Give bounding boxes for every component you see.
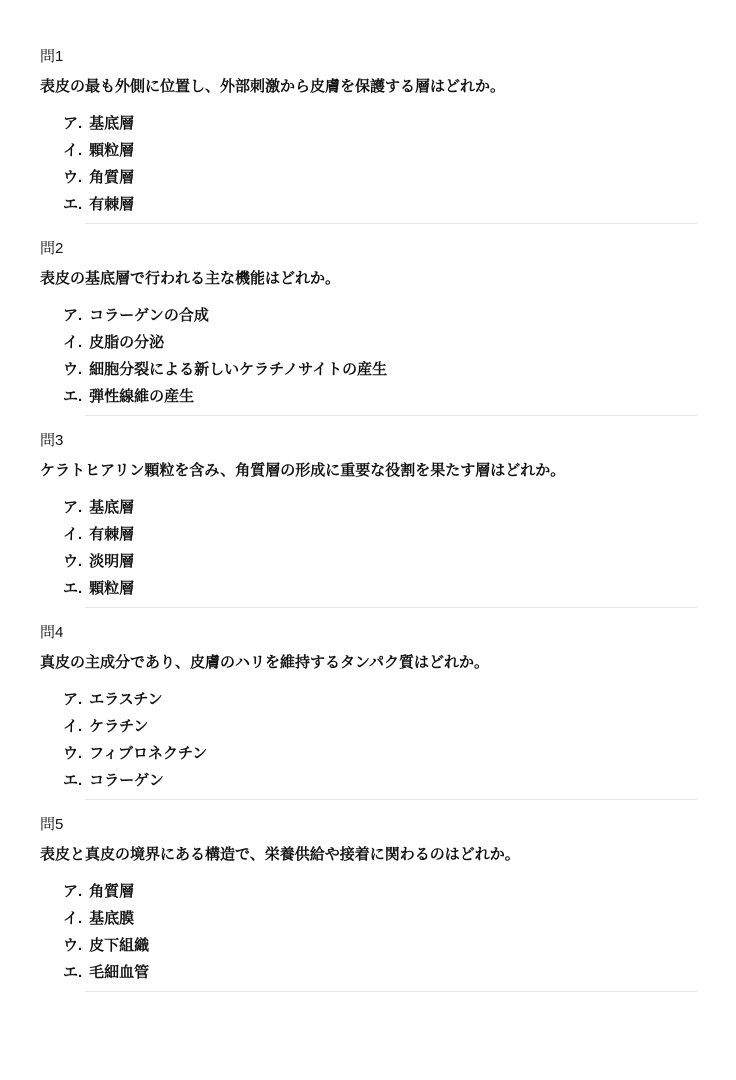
option-text: 顆粒層 bbox=[89, 142, 134, 159]
answer-option: イ. 顆粒層 bbox=[63, 142, 697, 159]
question-text: 表皮の最も外側に位置し、外部刺激から皮膚を保護する層はどれか。 bbox=[40, 78, 697, 95]
answer-option: ウ. 細胞分裂による新しいケラチノサイトの産生 bbox=[63, 361, 697, 378]
answer-option: ア. 基底層 bbox=[63, 499, 697, 516]
option-text: 弾性線維の産生 bbox=[89, 388, 194, 405]
option-key: ウ. bbox=[63, 745, 82, 762]
answer-option: エ. 弾性線維の産生 bbox=[63, 388, 697, 405]
option-key: ア. bbox=[63, 307, 82, 324]
answer-option: ア. 角質層 bbox=[63, 883, 697, 900]
option-key: ウ. bbox=[63, 553, 82, 570]
question-text: 表皮と真皮の境界にある構造で、栄養供給や接着に関わるのはどれか。 bbox=[40, 846, 697, 863]
question-text: 真皮の主成分であり、皮膚のハリを維持するタンパク質はどれか。 bbox=[40, 654, 697, 671]
option-text: コラーゲンの合成 bbox=[89, 307, 209, 324]
option-key: ア. bbox=[63, 499, 82, 516]
option-text: 有棘層 bbox=[89, 526, 134, 543]
question-number: 問3 bbox=[40, 432, 697, 449]
option-key: イ. bbox=[63, 526, 82, 543]
question-number: 問5 bbox=[40, 816, 697, 833]
answer-option: ア. コラーゲンの合成 bbox=[63, 307, 697, 324]
question-text: 表皮の基底層で行われる主な機能はどれか。 bbox=[40, 270, 697, 287]
answer-option: ア. エラスチン bbox=[63, 691, 697, 708]
answer-option: イ. 基底膜 bbox=[63, 910, 697, 927]
question-text: ケラトヒアリン顆粒を含み、角質層の形成に重要な役割を果たす層はどれか。 bbox=[40, 462, 697, 479]
question-divider bbox=[85, 607, 697, 608]
option-key: ウ. bbox=[63, 361, 82, 378]
option-text: 皮脂の分泌 bbox=[89, 334, 164, 351]
answer-option: エ. 顆粒層 bbox=[63, 580, 697, 597]
options-list: ア. 基底層 イ. 有棘層 ウ. 淡明層 エ. 顆粒層 bbox=[40, 499, 697, 597]
option-text: 基底膜 bbox=[89, 910, 134, 927]
option-text: コラーゲン bbox=[89, 772, 164, 789]
quiz-page: 問1 表皮の最も外側に位置し、外部刺激から皮膚を保護する層はどれか。 ア. 基底… bbox=[40, 48, 697, 992]
answer-option: エ. 毛細血管 bbox=[63, 964, 697, 981]
option-text: 有棘層 bbox=[89, 196, 134, 213]
option-text: エラスチン bbox=[89, 691, 163, 708]
option-text: 角質層 bbox=[89, 169, 134, 186]
option-text: 顆粒層 bbox=[89, 580, 134, 597]
option-key: ウ. bbox=[63, 937, 82, 954]
question-divider bbox=[85, 415, 697, 416]
answer-option: ウ. 皮下組織 bbox=[63, 937, 697, 954]
question-divider bbox=[85, 223, 697, 224]
option-text: 基底層 bbox=[89, 115, 134, 132]
option-text: 皮下組織 bbox=[89, 937, 149, 954]
option-text: 細胞分裂による新しいケラチノサイトの産生 bbox=[89, 361, 387, 378]
option-text: ケラチン bbox=[89, 718, 148, 735]
question-block: 問4 真皮の主成分であり、皮膚のハリを維持するタンパク質はどれか。 ア. エラス… bbox=[40, 624, 697, 800]
question-block: 問3 ケラトヒアリン顆粒を含み、角質層の形成に重要な役割を果たす層はどれか。 ア… bbox=[40, 432, 697, 608]
answer-option: エ. コラーゲン bbox=[63, 772, 697, 789]
answer-option: ウ. 淡明層 bbox=[63, 553, 697, 570]
option-key: ア. bbox=[63, 883, 82, 900]
answer-option: イ. 皮脂の分泌 bbox=[63, 334, 697, 351]
question-block: 問2 表皮の基底層で行われる主な機能はどれか。 ア. コラーゲンの合成 イ. 皮… bbox=[40, 240, 697, 416]
option-key: イ. bbox=[63, 910, 82, 927]
options-list: ア. 角質層 イ. 基底膜 ウ. 皮下組織 エ. 毛細血管 bbox=[40, 883, 697, 981]
option-key: イ. bbox=[63, 334, 82, 351]
answer-option: イ. ケラチン bbox=[63, 718, 697, 735]
option-text: 淡明層 bbox=[89, 553, 134, 570]
option-key: イ. bbox=[63, 142, 82, 159]
options-list: ア. 基底層 イ. 顆粒層 ウ. 角質層 エ. 有棘層 bbox=[40, 115, 697, 213]
answer-option: ア. 基底層 bbox=[63, 115, 697, 132]
answer-option: ウ. フィブロネクチン bbox=[63, 745, 697, 762]
options-list: ア. コラーゲンの合成 イ. 皮脂の分泌 ウ. 細胞分裂による新しいケラチノサイ… bbox=[40, 307, 697, 405]
question-block: 問5 表皮と真皮の境界にある構造で、栄養供給や接着に関わるのはどれか。 ア. 角… bbox=[40, 816, 697, 992]
option-text: 毛細血管 bbox=[89, 964, 149, 981]
option-text: フィブロネクチン bbox=[89, 745, 207, 762]
answer-option: イ. 有棘層 bbox=[63, 526, 697, 543]
option-key: イ. bbox=[63, 718, 82, 735]
option-key: ウ. bbox=[63, 169, 82, 186]
option-key: エ. bbox=[63, 772, 82, 789]
answer-option: エ. 有棘層 bbox=[63, 196, 697, 213]
option-key: エ. bbox=[63, 388, 82, 405]
option-key: エ. bbox=[63, 964, 82, 981]
options-list: ア. エラスチン イ. ケラチン ウ. フィブロネクチン エ. コラーゲン bbox=[40, 691, 697, 789]
question-block: 問1 表皮の最も外側に位置し、外部刺激から皮膚を保護する層はどれか。 ア. 基底… bbox=[40, 48, 697, 224]
option-text: 角質層 bbox=[89, 883, 134, 900]
option-key: エ. bbox=[63, 196, 82, 213]
question-divider bbox=[85, 799, 697, 800]
question-number: 問2 bbox=[40, 240, 697, 257]
option-key: ア. bbox=[63, 691, 82, 708]
option-key: エ. bbox=[63, 580, 82, 597]
question-number: 問1 bbox=[40, 48, 697, 65]
option-text: 基底層 bbox=[89, 499, 134, 516]
question-number: 問4 bbox=[40, 624, 697, 641]
question-divider bbox=[85, 991, 697, 992]
answer-option: ウ. 角質層 bbox=[63, 169, 697, 186]
option-key: ア. bbox=[63, 115, 82, 132]
